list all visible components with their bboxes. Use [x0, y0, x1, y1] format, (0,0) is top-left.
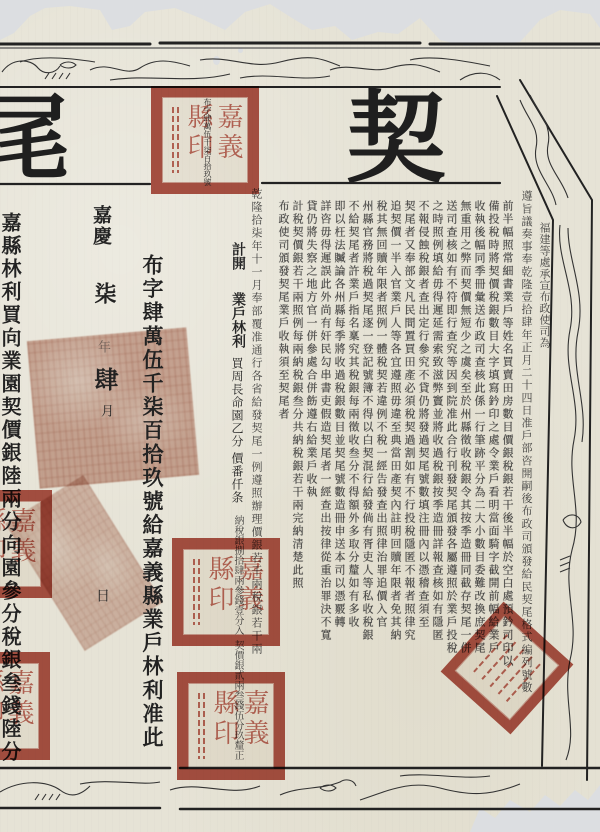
body-column: 不給契尾者許業戶指名稟究其稅銀每兩徵收叁分不得額外多取分釐如有多收 — [346, 200, 360, 765]
schedule-owner: 業戶林利 — [228, 292, 248, 348]
seal-text-left: 縣印 — [0, 507, 5, 581]
title-char-wei: 尾 — [0, 92, 70, 184]
body-column: 追契價一半入官業戶人等各宜遵照毋違至典當田產契內註明回贖年限者免其納 — [388, 200, 402, 765]
county-seal-middle: 嘉義 縣印 — [172, 538, 280, 646]
seal-text-right: 嘉義 — [235, 555, 263, 629]
seal-text-left: 縣印 — [0, 669, 3, 743]
date-year-number: 柒 — [89, 282, 120, 306]
top-dragon-band — [2, 58, 500, 80]
schedule-price: 價番仟条 — [229, 452, 246, 504]
body-column: 稅其無回贖年限者照例一體稅契若違例不稅一經告發查出照律治罪追價入官 — [374, 200, 388, 765]
body-column: 契尾者又奉部文凡民間置買田產必須稅契過割如有不行投稅隱匿不報者照律究 — [402, 200, 416, 765]
seal-script-glyphs — [466, 627, 548, 709]
schedule-label: 計開 — [228, 242, 248, 270]
body-column: 不報侵蝕稅銀者查出定行參究不貸仍將發過契尾號數填注冊內以憑稽查須至 — [416, 200, 430, 765]
date-year-label: 年 — [93, 340, 112, 353]
county-seal-bottom: 嘉義 縣印 — [177, 672, 285, 780]
date-day-label: 日 — [92, 588, 112, 602]
body-column: 之時照例填給毋得遲延需索致滋弊竇並將收過稅銀按季造冊詳報查核如有隱匿 — [430, 200, 444, 765]
seal-text-right: 嘉義 — [214, 103, 242, 177]
seal-text-left: 縣印 — [210, 689, 238, 763]
body-column: 貸仍將失察之地方官一併參處合併飭遵右給業戶收執 — [304, 200, 318, 765]
body-column: 即以枉法贓論各州縣每季將收過稅銀數目並契尾號數造冊申送本司以憑覈轉 — [332, 200, 346, 765]
manchu-script-glyphs — [189, 555, 203, 629]
date-month-label: 月 — [96, 404, 115, 417]
county-seal-left-partial-lower: 嘉義 縣印 — [0, 652, 50, 760]
seal-text-right: 嘉義 — [7, 507, 35, 581]
title-char-qi: 契 — [346, 88, 446, 188]
county-seal-left-partial: 嘉義 縣印 — [0, 490, 52, 598]
body-column: 詳咨毋得遲誤此外尚有奸民勾串書吏假造契尾者一經查出按律從重治罪決不寬 — [318, 200, 332, 765]
seal-overprint-serial: 布字肆萬伍千柒百拾玖號 — [203, 98, 212, 186]
body-column: 州縣官務將稅過契尾逐一登記號簿不得以白契混行給發倘有胥吏人等私收稅銀 — [360, 200, 374, 765]
schedule-purchase: 買周長命園乙分 — [229, 357, 246, 448]
manchu-script-glyphs — [194, 689, 208, 763]
manchu-script-glyphs — [168, 103, 182, 177]
seal-text-right: 嘉義 — [240, 689, 268, 763]
issuer-heading: 福建等處承宣布政使司為 — [537, 222, 551, 349]
body-column: 計稅契價銀若干兩照例每兩納稅銀叁分共納稅銀若干兩完納清楚此照 — [290, 200, 304, 765]
date-month-number: 肆 — [87, 367, 122, 393]
seal-text-left: 縣印 — [205, 555, 233, 629]
date-reign: 嘉慶 — [88, 205, 115, 247]
serial-number-line: 布字肆萬伍千柒百拾玖號給嘉義縣業戶林利准此 — [137, 254, 167, 750]
seal-text-right: 嘉義 — [5, 669, 33, 743]
